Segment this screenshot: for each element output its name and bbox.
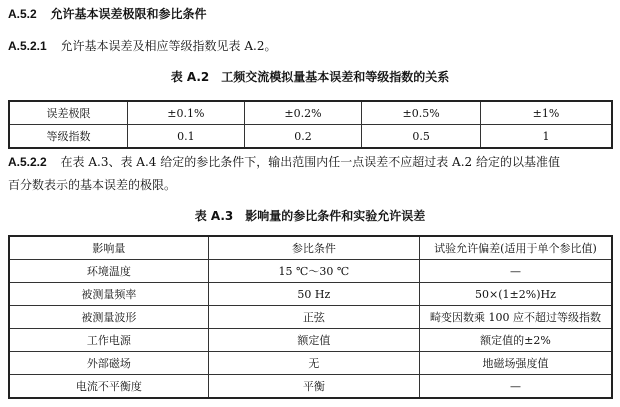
section-title: 允许基本误差极限和参比条件 [51, 7, 207, 21]
table-row: 工作电源 额定值 额定值的±2% [9, 329, 612, 352]
table-row: 被测量波形 正弦 畸变因数乘 100 应不超过等级指数 [9, 306, 612, 329]
table-row: 环境温度 15 ℃～30 ℃ — [9, 260, 612, 283]
table-cell: 50×(1±2%)Hz [419, 283, 612, 306]
table-cell: — [419, 260, 612, 283]
table-cell: ±0.2% [244, 101, 362, 125]
table-header-row: 影响量 参比条件 试验允许偏差(适用于单个参比值) [9, 236, 612, 260]
table-cell: 等级指数 [9, 125, 128, 149]
table-cell: 15 ℃～30 ℃ [208, 260, 419, 283]
paragraph-text-line2: 百分数表示的基本误差的极限。 [8, 178, 176, 192]
table-cell: 外部磁场 [9, 352, 208, 375]
paragraph-a522-continued: 百分数表示的基本误差的极限。 [8, 176, 176, 193]
section-number: A.5.2 [8, 7, 37, 21]
table-row: 外部磁场 无 地磁场强度值 [9, 352, 612, 375]
table-a3-caption: 表 A.3 影响量的参比条件和实验允许误差 [0, 207, 620, 224]
table-cell: ±0.1% [128, 101, 245, 125]
table-a2-caption: 表 A.2 工频交流模拟量基本误差和等级指数的关系 [0, 68, 620, 85]
paragraph-number: A.5.2.2 [8, 155, 47, 169]
table-header-cell: 参比条件 [208, 236, 419, 260]
table-header-cell: 试验允许偏差(适用于单个参比值) [419, 236, 612, 260]
table-cell: 被测量频率 [9, 283, 208, 306]
table-a2: 误差极限 ±0.1% ±0.2% ±0.5% ±1% 等级指数 0.1 0.2 … [8, 100, 613, 149]
paragraph-a522: A.5.2.2 在表 A.3、表 A.4 给定的参比条件下，输出范围内任一点误差… [8, 153, 560, 170]
table-cell: ±0.5% [362, 101, 481, 125]
table-cell: 额定值的±2% [419, 329, 612, 352]
table-row: 等级指数 0.1 0.2 0.5 1 [9, 125, 612, 149]
paragraph-text: 允许基本误差及相应等级指数见表 A.2。 [61, 39, 277, 53]
table-cell: 环境温度 [9, 260, 208, 283]
table-row: 误差极限 ±0.1% ±0.2% ±0.5% ±1% [9, 101, 612, 125]
table-cell: ±1% [480, 101, 612, 125]
table-cell: 50 Hz [208, 283, 419, 306]
table-cell: 平衡 [208, 375, 419, 399]
table-cell: 正弦 [208, 306, 419, 329]
table-cell: 误差极限 [9, 101, 128, 125]
table-cell: 0.2 [244, 125, 362, 149]
paragraph-a521: A.5.2.1 允许基本误差及相应等级指数见表 A.2。 [8, 37, 276, 54]
table-cell: 0.5 [362, 125, 481, 149]
table-cell: 1 [480, 125, 612, 149]
table-cell: 工作电源 [9, 329, 208, 352]
table-cell: 额定值 [208, 329, 419, 352]
table-cell: 电流不平衡度 [9, 375, 208, 399]
table-cell: 被测量波形 [9, 306, 208, 329]
table-cell: — [419, 375, 612, 399]
table-row: 电流不平衡度 平衡 — [9, 375, 612, 399]
table-a3: 影响量 参比条件 试验允许偏差(适用于单个参比值) 环境温度 15 ℃～30 ℃… [8, 235, 613, 399]
paragraph-number: A.5.2.1 [8, 39, 47, 53]
table-cell: 地磁场强度值 [419, 352, 612, 375]
paragraph-text-line1: 在表 A.3、表 A.4 给定的参比条件下，输出范围内任一点误差不应超过表 A.… [61, 155, 560, 169]
table-row: 被测量频率 50 Hz 50×(1±2%)Hz [9, 283, 612, 306]
section-heading: A.5.2 允许基本误差极限和参比条件 [8, 5, 207, 22]
table-cell: 无 [208, 352, 419, 375]
table-cell: 0.1 [128, 125, 245, 149]
table-cell: 畸变因数乘 100 应不超过等级指数 [419, 306, 612, 329]
table-header-cell: 影响量 [9, 236, 208, 260]
